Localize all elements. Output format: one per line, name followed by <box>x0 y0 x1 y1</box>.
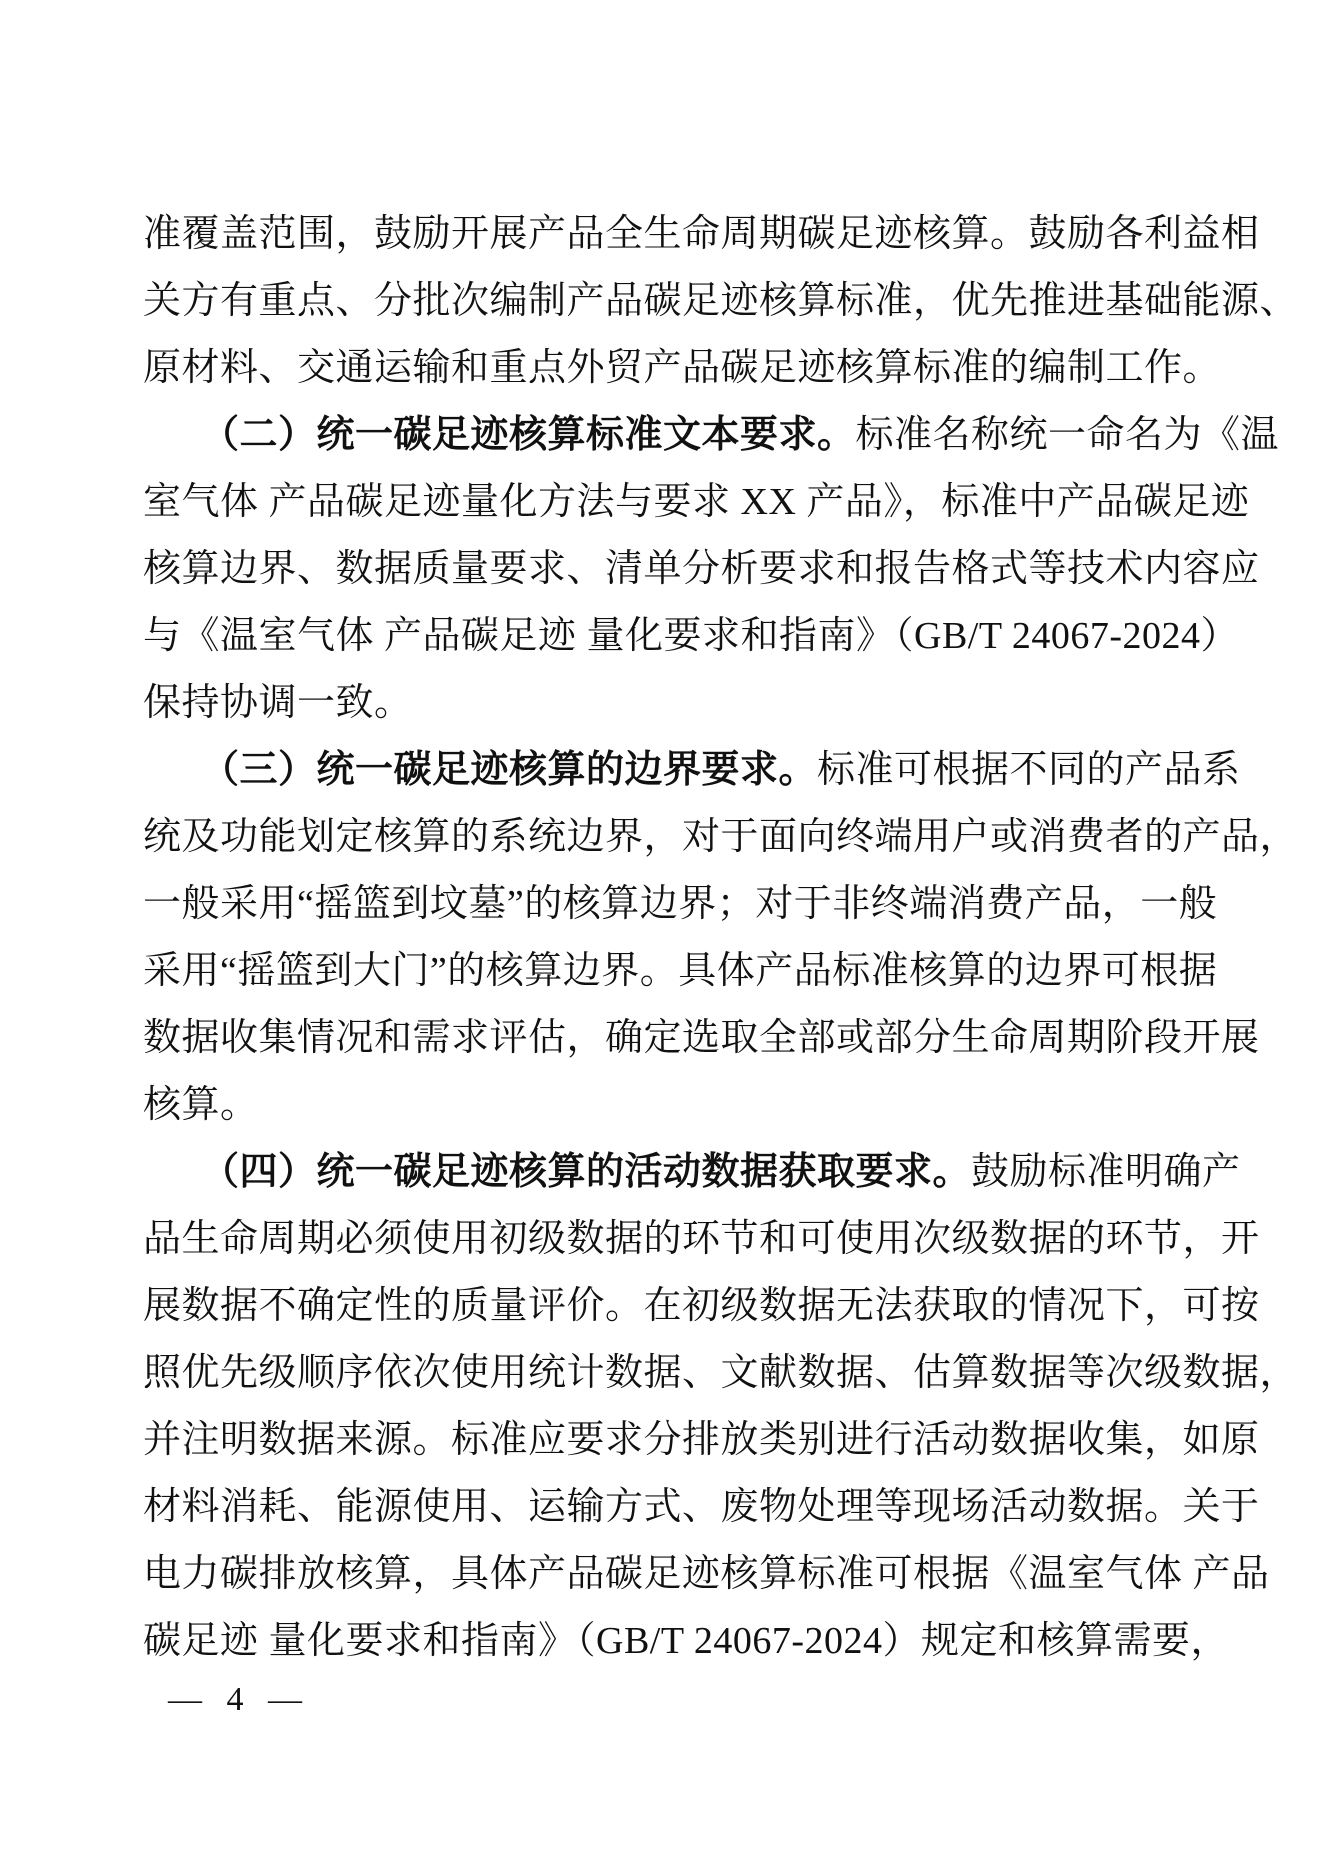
text-line: 核算边界、数据质量要求、清单分析要求和报告格式等技术内容应 <box>143 536 1183 603</box>
section-heading-text: （四）统一碳足迹核算的活动数据获取要求。 <box>201 1151 971 1193</box>
text-line: 照优先级顺序依次使用统计数据、文献数据、估算数据等次级数据， <box>143 1340 1183 1407</box>
text-line: 与《温室气体 产品碳足迹 量化要求和指南》（GB/T 24067-2024） <box>143 603 1183 670</box>
body-text: 与《温室气体 产品碳足迹 量化要求和指南》（GB/T 24067-2024） <box>143 615 1239 657</box>
page-number: — 4 — <box>168 1680 302 1720</box>
text-line: 统及功能划定核算的系统边界，对于面向终端用户或消费者的产品， <box>143 804 1183 871</box>
text-line: 关方有重点、分批次编制产品碳足迹核算标准，优先推进基础能源、 <box>143 268 1183 335</box>
text-line: 数据收集情况和需求评估，确定选取全部或部分生命周期阶段开展 <box>143 1005 1183 1072</box>
text-line: 碳足迹 量化要求和指南》（GB/T 24067-2024）规定和核算需要， <box>143 1608 1183 1675</box>
body-text: 采用“摇篮到大门”的核算边界。具体产品标准核算的边界可根据 <box>143 950 1217 992</box>
body-text: 统及功能划定核算的系统边界，对于面向终端用户或消费者的产品， <box>143 816 1298 858</box>
document-page: 准覆盖范围，鼓励开展产品全生命周期碳足迹核算。鼓励各利益相关方有重点、分批次编制… <box>0 0 1323 1871</box>
text-block: 准覆盖范围，鼓励开展产品全生命周期碳足迹核算。鼓励各利益相关方有重点、分批次编制… <box>143 201 1183 1675</box>
text-line: 核算。 <box>143 1072 1183 1139</box>
section-heading-text: （三）统一碳足迹核算的边界要求。 <box>201 749 817 791</box>
text-line: 电力碳排放核算，具体产品碳足迹核算标准可根据《温室气体 产品 <box>143 1541 1183 1608</box>
body-text: 核算。 <box>143 1084 259 1126</box>
text-line: 室气体 产品碳足迹量化方法与要求 XX 产品》，标准中产品碳足迹 <box>143 469 1183 536</box>
text-line: 品生命周期必须使用初级数据的环节和可使用次级数据的环节，开 <box>143 1206 1183 1273</box>
section-heading-text: （二）统一碳足迹核算标准文本要求。 <box>201 414 856 456</box>
text-line: 并注明数据来源。标准应要求分排放类别进行活动数据收集，如原 <box>143 1407 1183 1474</box>
body-text: 品生命周期必须使用初级数据的环节和可使用次级数据的环节，开 <box>143 1218 1260 1260</box>
body-text: 室气体 产品碳足迹量化方法与要求 XX 产品》，标准中产品碳足迹 <box>143 481 1249 523</box>
body-text: 标准可根据不同的产品系 <box>817 749 1241 791</box>
text-line: 一般采用“摇篮到坟墓”的核算边界；对于非终端消费产品，一般 <box>143 871 1183 938</box>
body-text: 并注明数据来源。标准应要求分排放类别进行活动数据收集，如原 <box>143 1419 1260 1461</box>
text-line: 材料消耗、能源使用、运输方式、废物处理等现场活动数据。关于 <box>143 1474 1183 1541</box>
body-text: 关方有重点、分批次编制产品碳足迹核算标准，优先推进基础能源、 <box>143 280 1298 322</box>
body-text: 保持协调一致。 <box>143 682 413 724</box>
body-text: 展数据不确定性的质量评价。在初级数据无法获取的情况下，可按 <box>143 1285 1260 1327</box>
text-line: 采用“摇篮到大门”的核算边界。具体产品标准核算的边界可根据 <box>143 938 1183 1005</box>
body-text: 标准名称统一命名为《温 <box>856 414 1280 456</box>
body-text: 材料消耗、能源使用、运输方式、废物处理等现场活动数据。关于 <box>143 1486 1260 1528</box>
text-line: 保持协调一致。 <box>143 670 1183 737</box>
text-line: （三）统一碳足迹核算的边界要求。标准可根据不同的产品系 <box>143 737 1183 804</box>
body-text: 照优先级顺序依次使用统计数据、文献数据、估算数据等次级数据， <box>143 1352 1298 1394</box>
body-text: 核算边界、数据质量要求、清单分析要求和报告格式等技术内容应 <box>143 548 1260 590</box>
text-line: （二）统一碳足迹核算标准文本要求。标准名称统一命名为《温 <box>143 402 1183 469</box>
body-text: 电力碳排放核算，具体产品碳足迹核算标准可根据《温室气体 产品 <box>143 1553 1270 1595</box>
body-text: 数据收集情况和需求评估，确定选取全部或部分生命周期阶段开展 <box>143 1017 1260 1059</box>
text-line: 展数据不确定性的质量评价。在初级数据无法获取的情况下，可按 <box>143 1273 1183 1340</box>
body-text: 碳足迹 量化要求和指南》（GB/T 24067-2024）规定和核算需要， <box>143 1620 1229 1662</box>
body-text: 一般采用“摇篮到坟墓”的核算边界；对于非终端消费产品，一般 <box>143 883 1217 925</box>
text-line: 准覆盖范围，鼓励开展产品全生命周期碳足迹核算。鼓励各利益相 <box>143 201 1183 268</box>
body-text: 原材料、交通运输和重点外贸产品碳足迹核算标准的编制工作。 <box>143 347 1221 389</box>
body-text: 准覆盖范围，鼓励开展产品全生命周期碳足迹核算。鼓励各利益相 <box>143 213 1260 255</box>
body-text: 鼓励标准明确产 <box>971 1151 1241 1193</box>
text-line: 原材料、交通运输和重点外贸产品碳足迹核算标准的编制工作。 <box>143 335 1183 402</box>
text-line: （四）统一碳足迹核算的活动数据获取要求。鼓励标准明确产 <box>143 1139 1183 1206</box>
